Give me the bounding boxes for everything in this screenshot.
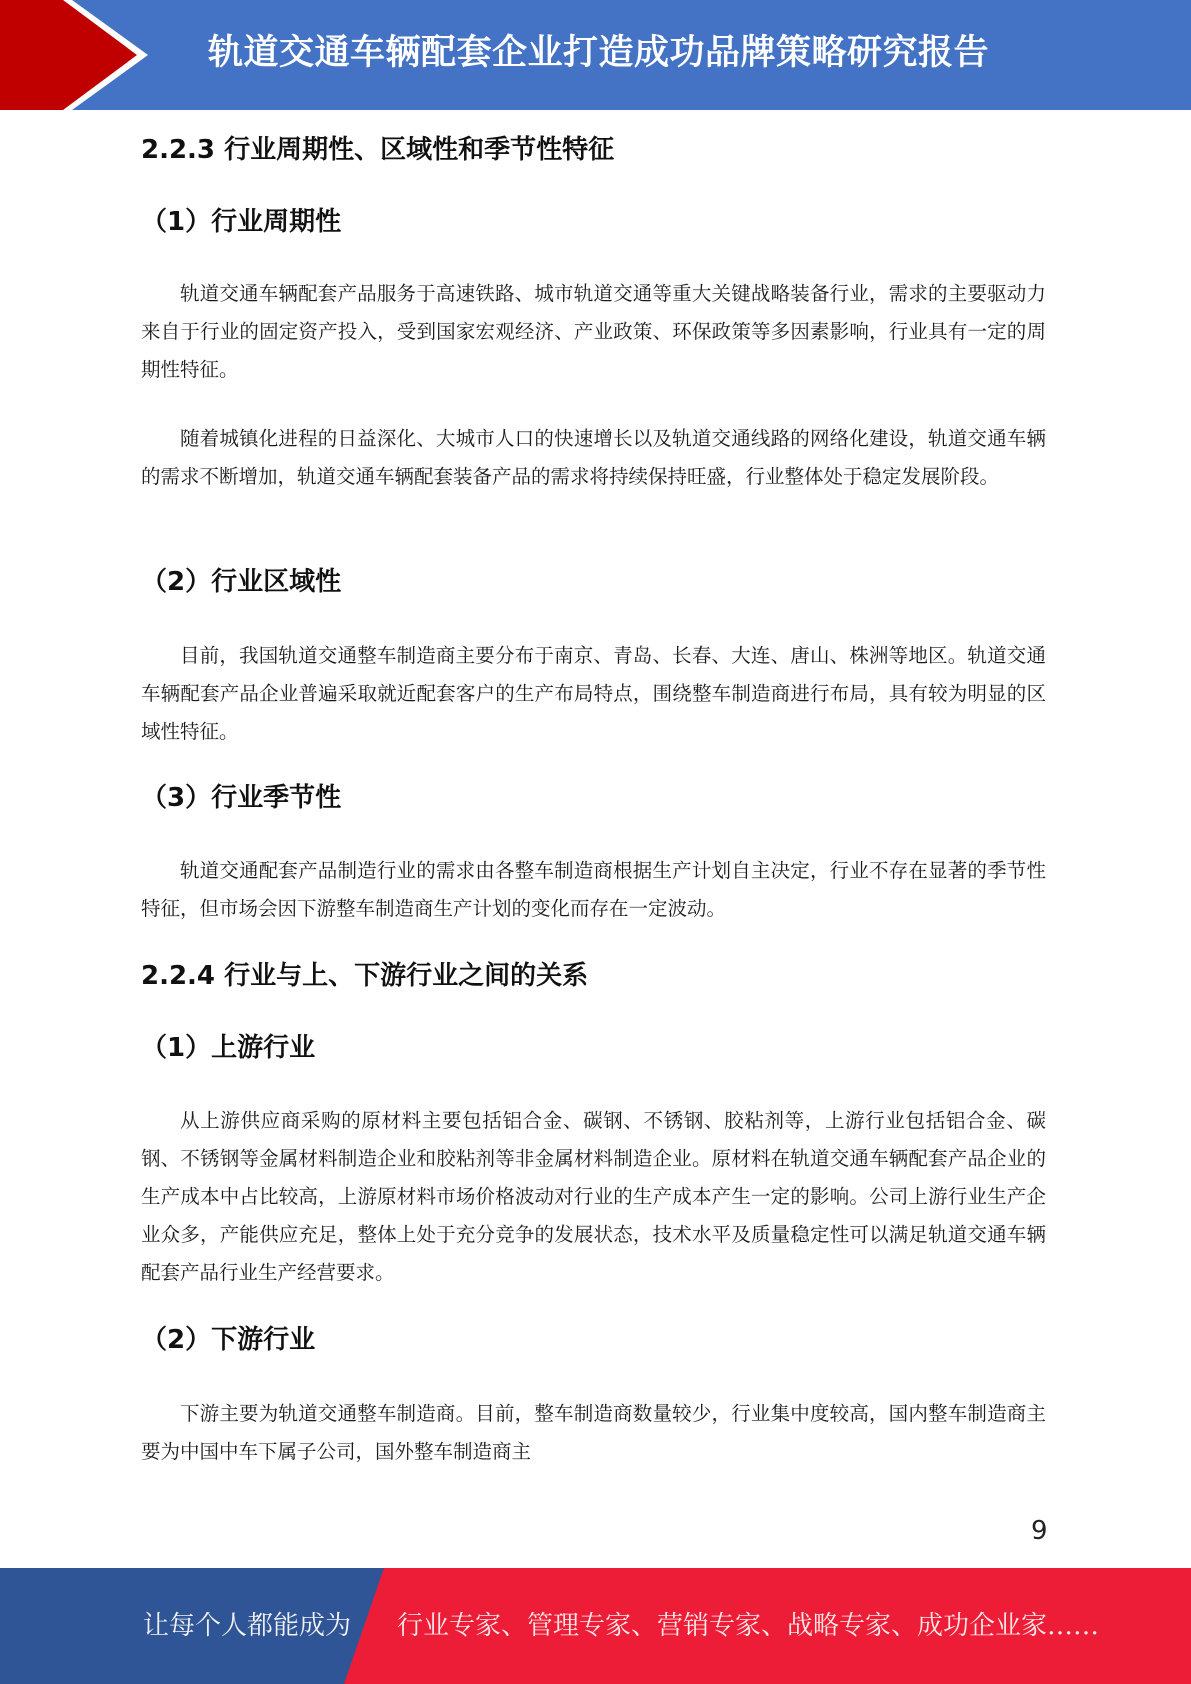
footer-slogan-right: 行业专家、管理专家、营销专家、战略专家、成功企业家……	[397, 1606, 1099, 1646]
footer-slogan-left: 让每个人都能成为	[143, 1606, 351, 1646]
paragraph-cyclicality-2: 随着城镇化进程的日益深化、大城市人口的快速增长以及轨道交通线路的网络化建设，轨道…	[141, 420, 1046, 496]
footer-banner: 让每个人都能成为 行业专家、管理专家、营销专家、战略专家、成功企业家……	[0, 1568, 1191, 1684]
section-heading-2-2-3: 2.2.3 行业周期性、区域性和季节性特征	[141, 120, 614, 180]
subheading-seasonality: （3）行业季节性	[141, 768, 341, 828]
paragraph-upstream: 从上游供应商采购的原材料主要包括铝合金、碳钢、不锈钢、胶粘剂等，上游行业包括铝合…	[141, 1102, 1046, 1292]
paragraph-cyclicality-1: 轨道交通车辆配套产品服务于高速铁路、城市轨道交通等重大关键战略装备行业，需求的主…	[141, 275, 1046, 389]
subheading-cyclicality: （1）行业周期性	[141, 192, 341, 252]
paragraph-seasonality: 轨道交通配套产品制造行业的需求由各整车制造商根据生产计划自主决定，行业不存在显著…	[141, 852, 1046, 928]
subheading-downstream: （2）下游行业	[141, 1310, 315, 1370]
page-number: 9	[1031, 1516, 1048, 1546]
report-header-banner: 轨道交通车辆配套企业打造成功品牌策略研究报告	[0, 0, 1191, 110]
subheading-regionality: （2）行业区域性	[141, 552, 341, 612]
paragraph-regionality: 目前，我国轨道交通整车制造商主要分布于南京、青岛、长春、大连、唐山、株洲等地区。…	[141, 637, 1046, 751]
paragraph-downstream: 下游主要为轨道交通整车制造商。目前，整车制造商数量较少，行业集中度较高，国内整车…	[141, 1395, 1046, 1471]
report-title: 轨道交通车辆配套企业打造成功品牌策略研究报告	[208, 28, 989, 78]
section-heading-2-2-4: 2.2.4 行业与上、下游行业之间的关系	[141, 946, 588, 1006]
subheading-upstream: （1）上游行业	[141, 1018, 315, 1078]
